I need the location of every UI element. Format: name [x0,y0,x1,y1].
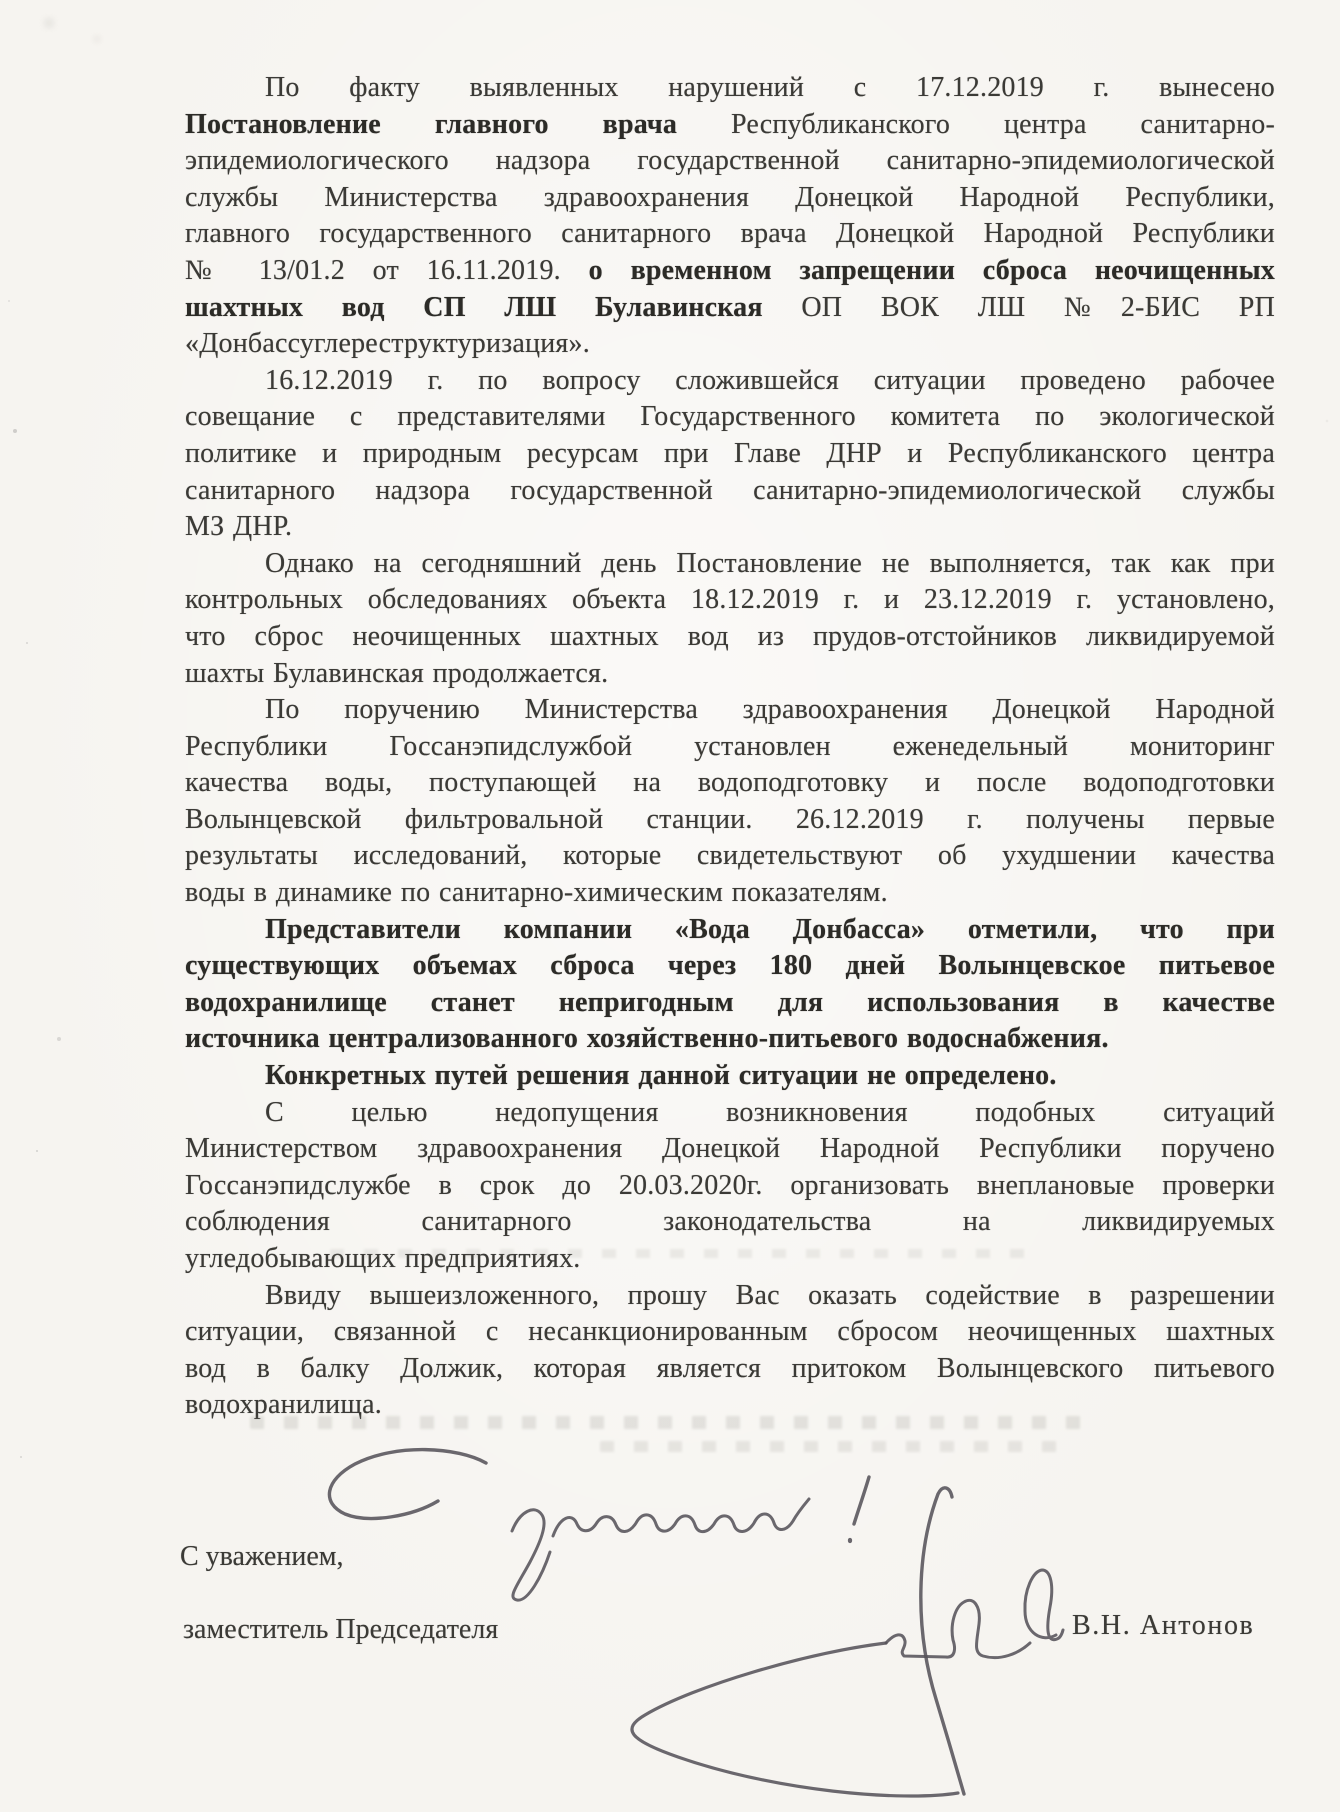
scan-speckles [0,0,2,2]
text-line: По факту выявленных нарушений с 17.12.20… [185,70,1275,107]
paragraph: Ввиду вышеизложенного, прошу Вас оказать… [185,1278,1275,1424]
letter-page: По факту выявленных нарушений с 17.12.20… [0,0,1340,1812]
text-line: политике и природным ресурсам при Главе … [185,436,1275,473]
text-line: МЗ ДНР. [185,509,1275,546]
text-line: Республики Госсанэпидслужбой установлен … [185,729,1275,766]
paragraph: 16.12.2019 г. по вопросу сложившейся сит… [185,363,1275,546]
bleed-through-artifact [330,1249,1030,1258]
text-line: водохранилище станет непригодным для исп… [185,985,1275,1022]
text-line: совещание с представителями Государствен… [185,399,1275,436]
text-line: шахты Булавинская продолжается. [185,656,1275,693]
text-line: 16.12.2019 г. по вопросу сложившейся сит… [185,363,1275,400]
text-line: ситуации, связанной с несанкционированны… [185,1314,1275,1351]
text-line: Волынцевской фильтровальной станции. 26.… [185,802,1275,839]
bleed-through-artifact [600,1441,1070,1452]
text-line: вод в балку Должик, которая является при… [185,1351,1275,1388]
text-line: Конкретных путей решения данной ситуации… [185,1058,1275,1095]
salutation-text: С уважением, [180,1541,343,1573]
text-line: С целью недопущения возникновения подобн… [185,1095,1275,1132]
signer-position: заместитель Председателя [183,1614,498,1646]
text-line: угледобывающих предприятиях. [185,1241,1275,1278]
text-line: что сброс неочищенных шахтных вод из пру… [185,619,1275,656]
text-line: Министерством здравоохранения Донецкой Н… [185,1131,1275,1168]
text-line: существующих объемах сброса через 180 дн… [185,948,1275,985]
text-line: воды в динамике по санитарно-химическим … [185,875,1275,912]
text-line: Госсанэпидслужбе в срок до 20.03.2020г. … [185,1168,1275,1205]
text-line: Постановление главного врача Республикан… [185,107,1275,144]
text-line: Однако на сегодняшний день Постановление… [185,546,1275,583]
text-line: По поручению Министерства здравоохранени… [185,692,1275,729]
text-line: качества воды, поступающей на водоподгот… [185,765,1275,802]
text-line: Представители компании «Вода Донбасса» о… [185,912,1275,949]
text-line: санитарного надзора государственной сани… [185,473,1275,510]
signature-flourish [632,1488,1063,1796]
text-line: № 13/01.2 от 16.11.2019. о временном зап… [185,253,1275,290]
text-line: Ввиду вышеизложенного, прошу Вас оказать… [185,1278,1275,1315]
handwritten-greeting [329,1450,869,1601]
paragraph: Однако на сегодняшний день Постановление… [185,546,1275,692]
paragraph: Представители компании «Вода Донбасса» о… [185,912,1275,1058]
paragraph: Конкретных путей решения данной ситуации… [185,1058,1275,1095]
text-line: контрольных обследованиях объекта 18.12.… [185,582,1275,619]
paragraph: По факту выявленных нарушений с 17.12.20… [185,70,1275,363]
paragraph: По поручению Министерства здравоохранени… [185,692,1275,912]
text-line: источника централизованного хозяйственно… [185,1021,1275,1058]
text-line: соблюдения санитарного законодательства … [185,1204,1275,1241]
text-line: «Донбассуглереструктуризация». [185,326,1275,363]
text-line: шахтных вод СП ЛШ Булавинская ОП ВОК ЛШ … [185,290,1275,327]
text-line: эпидемиологического надзора государствен… [185,143,1275,180]
text-line: главного государственного санитарного вр… [185,216,1275,253]
text-line: службы Министерства здравоохранения Доне… [185,180,1275,217]
bleed-through-artifact [250,1416,1090,1429]
text-line: результаты исследований, которые свидете… [185,838,1275,875]
signer-name: В.Н. Антонов [1072,1610,1254,1642]
letter-body: По факту выявленных нарушений с 17.12.20… [185,70,1275,1424]
